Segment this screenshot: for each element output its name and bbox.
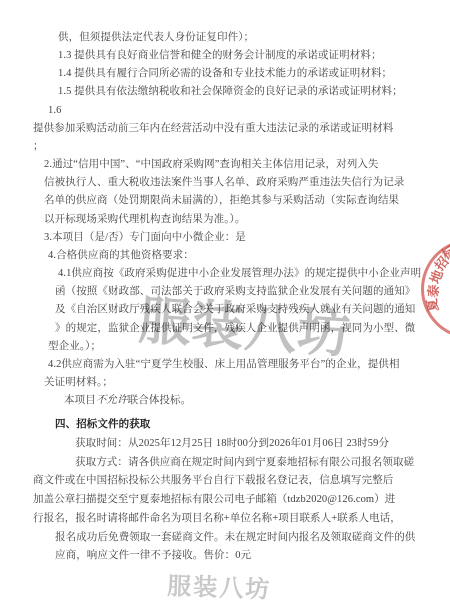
doc-line: 商文件或在中国招标投标公共服务平台自行下载报名登记表，信息填写完整后 xyxy=(33,472,450,491)
watermark-bottom: 服装八坊 xyxy=(167,566,272,600)
doc-line: 4.2供应商需为入驻“宁夏学生校服、床上用品管理服务平台”的企业，提供相 xyxy=(48,356,450,374)
doc-line: 3.本项目（是/否）专门面向中小微企业：是 xyxy=(44,229,450,247)
doc-line: 供，但须提供法定代表人身份证复印件）； xyxy=(58,29,450,47)
doc-line: 1.5 提供具有依法缴纳税收和社会保障资金的良好记录的承诺或证明材料； xyxy=(58,83,450,101)
doc-line: 1.6 xyxy=(48,102,450,120)
jv-emphasis: 不允许 xyxy=(96,395,128,406)
doc-line: 关证明材料。； xyxy=(44,374,450,392)
jv-post: 联合体投标。 xyxy=(128,395,192,406)
doc-line: 信被执行人、重大税收违法案件当事人名单、政府采购严重违法失信行为记录 xyxy=(44,174,450,192)
doc-line: 型企业。）； xyxy=(48,338,450,356)
section-heading: 四、招标文件的获取 xyxy=(55,416,450,435)
doc-line: 1.3 提供具有良好商业信誉和健全的财务会计制度的承诺或证明材料； xyxy=(58,47,450,65)
joint-venture-note: 本项目不允许联合体投标。 xyxy=(44,392,450,410)
doc-line: 提供参加采购活动前三年内在经营活动中没有重大违法记录的承诺或证明材料 xyxy=(33,120,450,138)
doc-line: 4.合格供应商的其他资格要求： xyxy=(48,247,450,265)
doc-line: 2.通过“信用中国”、“中国政府采购网”查询相关主体信用记录，对列入失 xyxy=(44,156,450,174)
jv-pre: 本项目 xyxy=(64,395,96,406)
doc-line: 获取时间：从2025年12月25日 18时00分到2026年01月06日 23时… xyxy=(55,435,450,454)
doc-line: 4.1供应商按《政府采购促进中小企业发展管理办法》的规定提供中小企业声明 xyxy=(58,265,450,283)
document-body: 供，但须提供法定代表人身份证复印件）； 1.3 提供具有良好商业信誉和健全的财务… xyxy=(0,29,450,566)
doc-line: 函（按照《财政部、司法部关于政府采购支持监狱企业发展有关问题的通知》 xyxy=(55,283,450,301)
doc-line: 获取方式：请各供应商在规定时间内到宁夏泰地招标有限公司报名领取磋 xyxy=(55,454,450,473)
doc-line: ； xyxy=(33,138,450,156)
doc-line: 应商，响应文件一律不予接收。售价：0元 xyxy=(55,547,450,566)
section-obtain-documents: 四、招标文件的获取 获取时间：从2025年12月25日 18时00分到2026年… xyxy=(0,416,450,566)
doc-line: 加盖公章扫描提交至宁夏泰地招标有限公司电子邮箱（tdzb2020@126.com… xyxy=(33,491,450,510)
doc-line: 以开标现场采购代理机构查询结果为准。）。 xyxy=(44,211,450,229)
scanned-tender-document-page: 供，但须提供法定代表人身份证复印件）； 1.3 提供具有良好商业信誉和健全的财务… xyxy=(0,0,450,600)
doc-line: 行报名，报名时请将邮件命名为项目名称+单位名称+项目联系人+联系人电话， xyxy=(33,510,450,529)
doc-line: 1.4 提供具有履行合同所必需的设备和专业技术能力的承诺或证明材料； xyxy=(58,65,450,83)
doc-line: 》的规定，监狱企业提供证明文件，残疾人企业提供声明函，视同为小型、微 xyxy=(55,320,450,338)
doc-line: 报名成功后免费领取一套磋商文件。未在规定时间内报名及领取磋商文件的供 xyxy=(55,529,450,548)
doc-line: 名单的供应商（处罚期限尚未届满的），拒绝其参与采购活动（实际查询结果 xyxy=(44,192,450,210)
doc-line: 及《自治区财政厅残疾人联合会关于政府采购支持残疾人就业有关问题的通知 xyxy=(55,301,450,319)
